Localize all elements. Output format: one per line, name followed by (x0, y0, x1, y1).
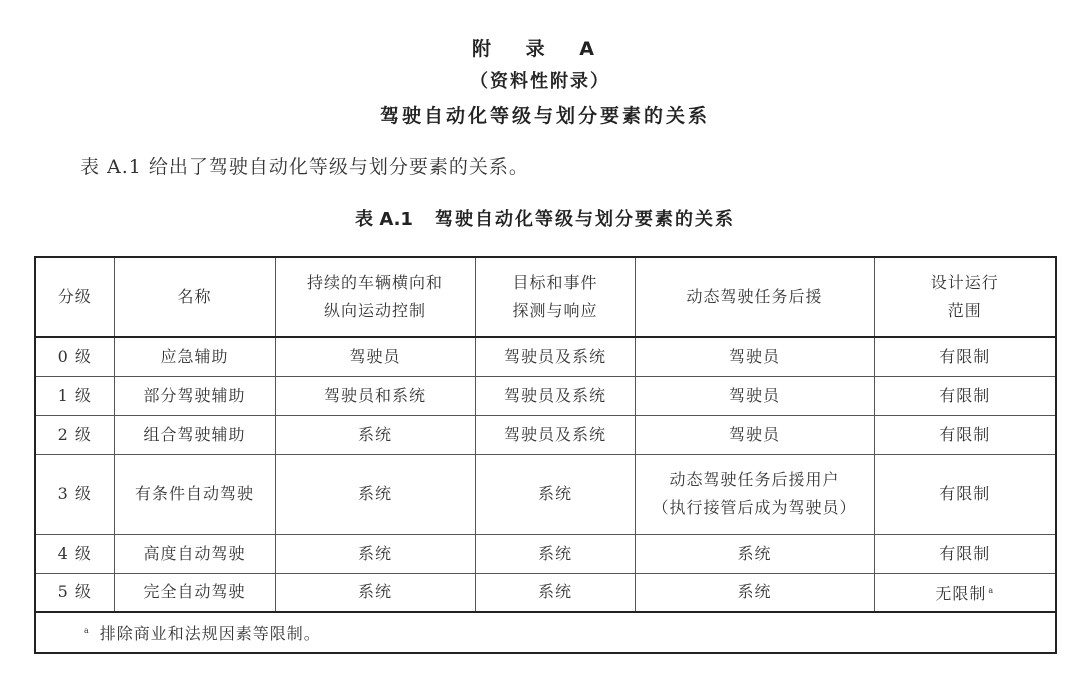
header-oedr: 目标和事件探测与响应 (475, 257, 635, 337)
cell-name: 高度自动驾驶 (114, 534, 275, 573)
cell-oedr: 驾驶员及系统 (475, 337, 635, 376)
cell-odd: 有限制 (874, 534, 1056, 573)
cell-fallback: 系统 (635, 573, 874, 612)
footnote-marker: a (84, 626, 90, 635)
intro-paragraph: 表 A.1 给出了驾驶自动化等级与划分要素的关系。 (80, 152, 529, 179)
table-row: 2 级 组合驾驶辅助 系统 驾驶员及系统 驾驶员 有限制 (35, 415, 1056, 454)
cell-oedr: 系统 (475, 534, 635, 573)
footnote-ref: a (988, 586, 994, 595)
cell-fallback: 驾驶员 (635, 337, 874, 376)
appendix-title: 附 录 A (0, 34, 1080, 61)
cell-name: 组合驾驶辅助 (114, 415, 275, 454)
header-odd: 设计运行范围 (874, 257, 1056, 337)
appendix-type: （资料性附录） (0, 67, 1080, 93)
cell-oedr: 驾驶员及系统 (475, 415, 635, 454)
cell-control: 驾驶员和系统 (275, 376, 475, 415)
header-name: 名称 (114, 257, 275, 337)
table-header-row: 分级 名称 持续的车辆横向和纵向运动控制 目标和事件探测与响应 动态驾驶任务后援… (35, 257, 1056, 337)
table-row: 3 级 有条件自动驾驶 系统 系统 动态驾驶任务后援用户（执行接管后成为驾驶员）… (35, 454, 1056, 534)
cell-control: 系统 (275, 534, 475, 573)
table-row: 1 级 部分驾驶辅助 驾驶员和系统 驾驶员及系统 驾驶员 有限制 (35, 376, 1056, 415)
table-row: 0 级 应急辅助 驾驶员 驾驶员及系统 驾驶员 有限制 (35, 337, 1056, 376)
cell-odd: 有限制 (874, 454, 1056, 534)
cell-level: 0 级 (35, 337, 114, 376)
cell-odd: 有限制 (874, 337, 1056, 376)
cell-odd: 有限制 (874, 376, 1056, 415)
cell-level: 5 级 (35, 573, 114, 612)
table-row: 4 级 高度自动驾驶 系统 系统 系统 有限制 (35, 534, 1056, 573)
table-caption-number: 表 A.1 (355, 209, 413, 230)
cell-fallback: 系统 (635, 534, 874, 573)
cell-name: 部分驾驶辅助 (114, 376, 275, 415)
cell-level: 1 级 (35, 376, 114, 415)
cell-level: 4 级 (35, 534, 114, 573)
table-caption: 表 A.1驾驶自动化等级与划分要素的关系 (0, 205, 1080, 231)
header-level: 分级 (35, 257, 114, 337)
cell-oedr: 驾驶员及系统 (475, 376, 635, 415)
cell-fallback: 驾驶员 (635, 415, 874, 454)
cell-control: 系统 (275, 415, 475, 454)
table-row: 5 级 完全自动驾驶 系统 系统 系统 无限制a (35, 573, 1056, 612)
cell-fallback: 驾驶员 (635, 376, 874, 415)
cell-name: 应急辅助 (114, 337, 275, 376)
table-footnote: a排除商业和法规因素等限制。 (35, 612, 1056, 653)
header-fallback: 动态驾驶任务后援 (635, 257, 874, 337)
cell-control: 系统 (275, 573, 475, 612)
cell-control: 驾驶员 (275, 337, 475, 376)
cell-odd: 无限制a (874, 573, 1056, 612)
cell-name: 完全自动驾驶 (114, 573, 275, 612)
cell-level: 3 级 (35, 454, 114, 534)
header-motion-control: 持续的车辆横向和纵向运动控制 (275, 257, 475, 337)
cell-name: 有条件自动驾驶 (114, 454, 275, 534)
automation-levels-table: 分级 名称 持续的车辆横向和纵向运动控制 目标和事件探测与响应 动态驾驶任务后援… (34, 256, 1057, 654)
cell-fallback: 动态驾驶任务后援用户（执行接管后成为驾驶员） (635, 454, 874, 534)
cell-oedr: 系统 (475, 573, 635, 612)
cell-control: 系统 (275, 454, 475, 534)
footnote-text: 排除商业和法规因素等限制。 (100, 624, 321, 643)
cell-level: 2 级 (35, 415, 114, 454)
cell-oedr: 系统 (475, 454, 635, 534)
appendix-heading: 驾驶自动化等级与划分要素的关系 (0, 101, 1080, 128)
cell-odd: 有限制 (874, 415, 1056, 454)
table-footnote-row: a排除商业和法规因素等限制。 (35, 612, 1056, 653)
table-caption-title: 驾驶自动化等级与划分要素的关系 (435, 209, 735, 230)
